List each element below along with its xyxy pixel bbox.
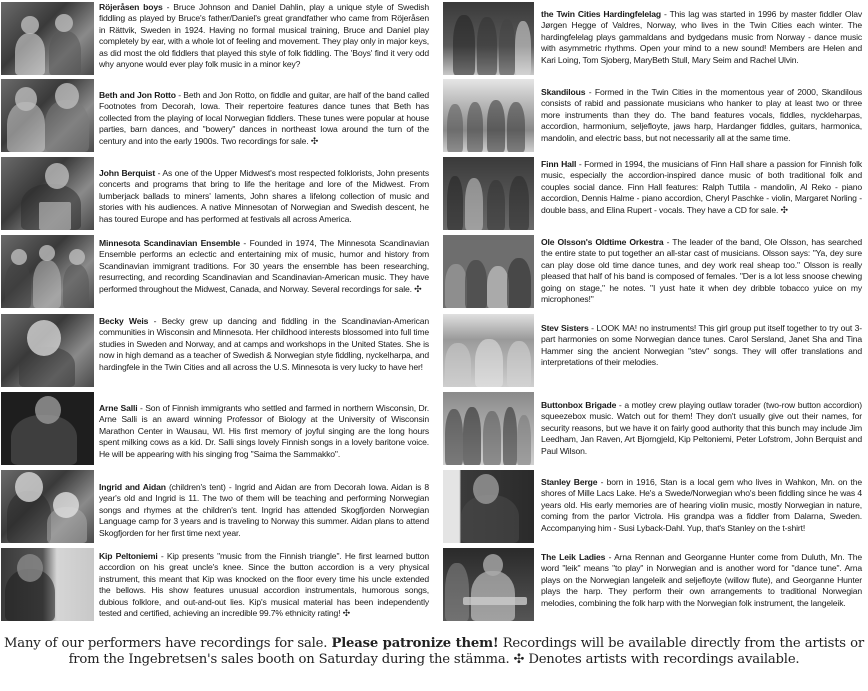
accordion-player-photo — [1, 157, 94, 230]
performer-entry-stanley-berge: Stanley Berge - born in 1916, Stan is a … — [434, 469, 868, 546]
performer-bio: Stev Sisters - LOOK MA! no instruments! … — [541, 323, 862, 369]
performer-entry-ingrid-and-aidan: Ingrid and Aidan (children's tent) - Ing… — [0, 469, 434, 546]
performer-bio: Finn Hall - Formed in 1994, the musician… — [541, 159, 862, 216]
performer-entry-rojerasen-boys: Röjeråsen boys - Bruce Johnson and Danie… — [0, 1, 434, 78]
performer-bio: Arne Salli - Son of Finnish immigrants w… — [99, 403, 429, 460]
guitarist-photo — [1, 392, 94, 465]
performer-entry-twin-cities-hardingfelelag: the Twin Cities Hardingfelelag - This la… — [434, 1, 868, 78]
performer-entry-minnesota-scandinavian-ensemble: Minnesota Scandinavian Ensemble - Founde… — [0, 234, 434, 311]
performer-bio: Stanley Berge - born in 1916, Stan is a … — [541, 477, 862, 534]
performer-bio: Skandilous - Formed in the Twin Cities i… — [541, 87, 862, 144]
performer-bio: Kip Peltoniemi - Kip presents "music fro… — [99, 551, 429, 619]
performer-entry-finn-hall: Finn Hall - Formed in 1994, the musician… — [434, 156, 868, 233]
harp-and-langeleik-photo — [443, 548, 534, 621]
performer-name: Röjeråsen boys — [99, 2, 163, 12]
two-girls-photo — [1, 470, 94, 543]
finn-hall-band-photo — [443, 157, 534, 230]
performer-entry-ole-olssons-oldtime-orkestra: Ole Olsson's Oldtime Orkestra - The lead… — [434, 234, 868, 311]
ensemble-trio-photo — [1, 235, 94, 308]
band-under-tent-photo — [443, 79, 534, 152]
accordion-group-photo — [443, 392, 534, 465]
recording-available-icon: ✣ — [513, 652, 524, 667]
performer-bio: Röjeråsen boys - Bruce Johnson and Danie… — [99, 2, 429, 70]
performer-bio: John Berquist - As one of the Upper Midw… — [99, 168, 429, 225]
two-men-at-table-photo — [1, 2, 94, 75]
performer-bio: Ole Olsson's Oldtime Orkestra - The lead… — [541, 237, 862, 305]
performer-entry-beth-and-jon-rotto: Beth and Jon Rotto - Beth and Jon Rotto,… — [0, 78, 434, 155]
performer-entry-arne-salli: Arne Salli - Son of Finnish immigrants w… — [0, 391, 434, 468]
old-fiddler-photo — [443, 470, 534, 543]
performer-entry-skandilous: Skandilous - Formed in the Twin Cities i… — [434, 78, 868, 155]
woman-in-bonnet-photo — [1, 314, 94, 387]
recording-available-icon: ✣ — [311, 136, 318, 146]
performer-entry-john-berquist: John Berquist - As one of the Upper Midw… — [0, 156, 434, 233]
performer-entry-stev-sisters: Stev Sisters - LOOK MA! no instruments! … — [434, 313, 868, 390]
performer-bio: the Twin Cities Hardingfelelag - This la… — [541, 9, 862, 66]
performer-bio: Buttonbox Brigade - a motley crew playin… — [541, 400, 862, 457]
performer-bio: Beth and Jon Rotto - Beth and Jon Rotto,… — [99, 90, 429, 147]
recording-available-icon: ✣ — [780, 205, 787, 215]
performer-entry-becky-weis: Becky Weis - Becky grew up dancing and f… — [0, 313, 434, 390]
performer-bio: Becky Weis - Becky grew up dancing and f… — [99, 316, 429, 373]
performer-bio: Ingrid and Aidan (children's tent) - Ing… — [99, 482, 429, 539]
performer-entry-leik-ladies: The Leik Ladies - Arna Rennan and Georga… — [434, 547, 868, 624]
performer-entry-kip-peltoniemi: Kip Peltoniemi - Kip presents "music fro… — [0, 547, 434, 624]
singer-at-microphone-photo — [1, 548, 94, 621]
recordings-footer-note: Many of our performers have recordings f… — [4, 636, 864, 668]
four-musicians-photo — [443, 235, 534, 308]
couple-photo — [1, 79, 94, 152]
fiddlers-in-costume-photo — [443, 2, 534, 75]
patronize-emphasis: Please patronize them! — [332, 636, 499, 651]
performer-bio: The Leik Ladies - Arna Rennan and Georga… — [541, 552, 862, 609]
three-singers-photo — [443, 314, 534, 387]
recording-available-icon: ✣ — [343, 608, 350, 618]
performer-entry-buttonbox-brigade: Buttonbox Brigade - a motley crew playin… — [434, 391, 868, 468]
recording-available-icon: ✣ — [414, 284, 421, 294]
performer-bio: Minnesota Scandinavian Ensemble - Founde… — [99, 238, 429, 295]
